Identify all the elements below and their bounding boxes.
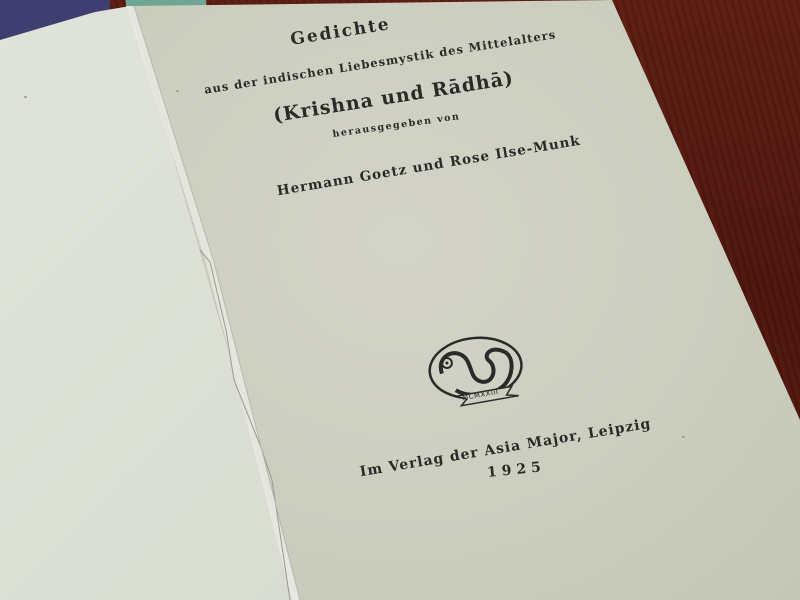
editors-names: Hermann Goetz und Rose Ilse-Munk [276, 133, 582, 200]
book-title: Gedichte [289, 14, 392, 50]
dragon-emblem-icon [420, 327, 532, 417]
title-page-text: Gedichte aus der indischen Liebesmystik … [0, 0, 800, 600]
publication-year: 1925 [486, 459, 546, 481]
editor-label: herausgegeben von [332, 111, 461, 140]
